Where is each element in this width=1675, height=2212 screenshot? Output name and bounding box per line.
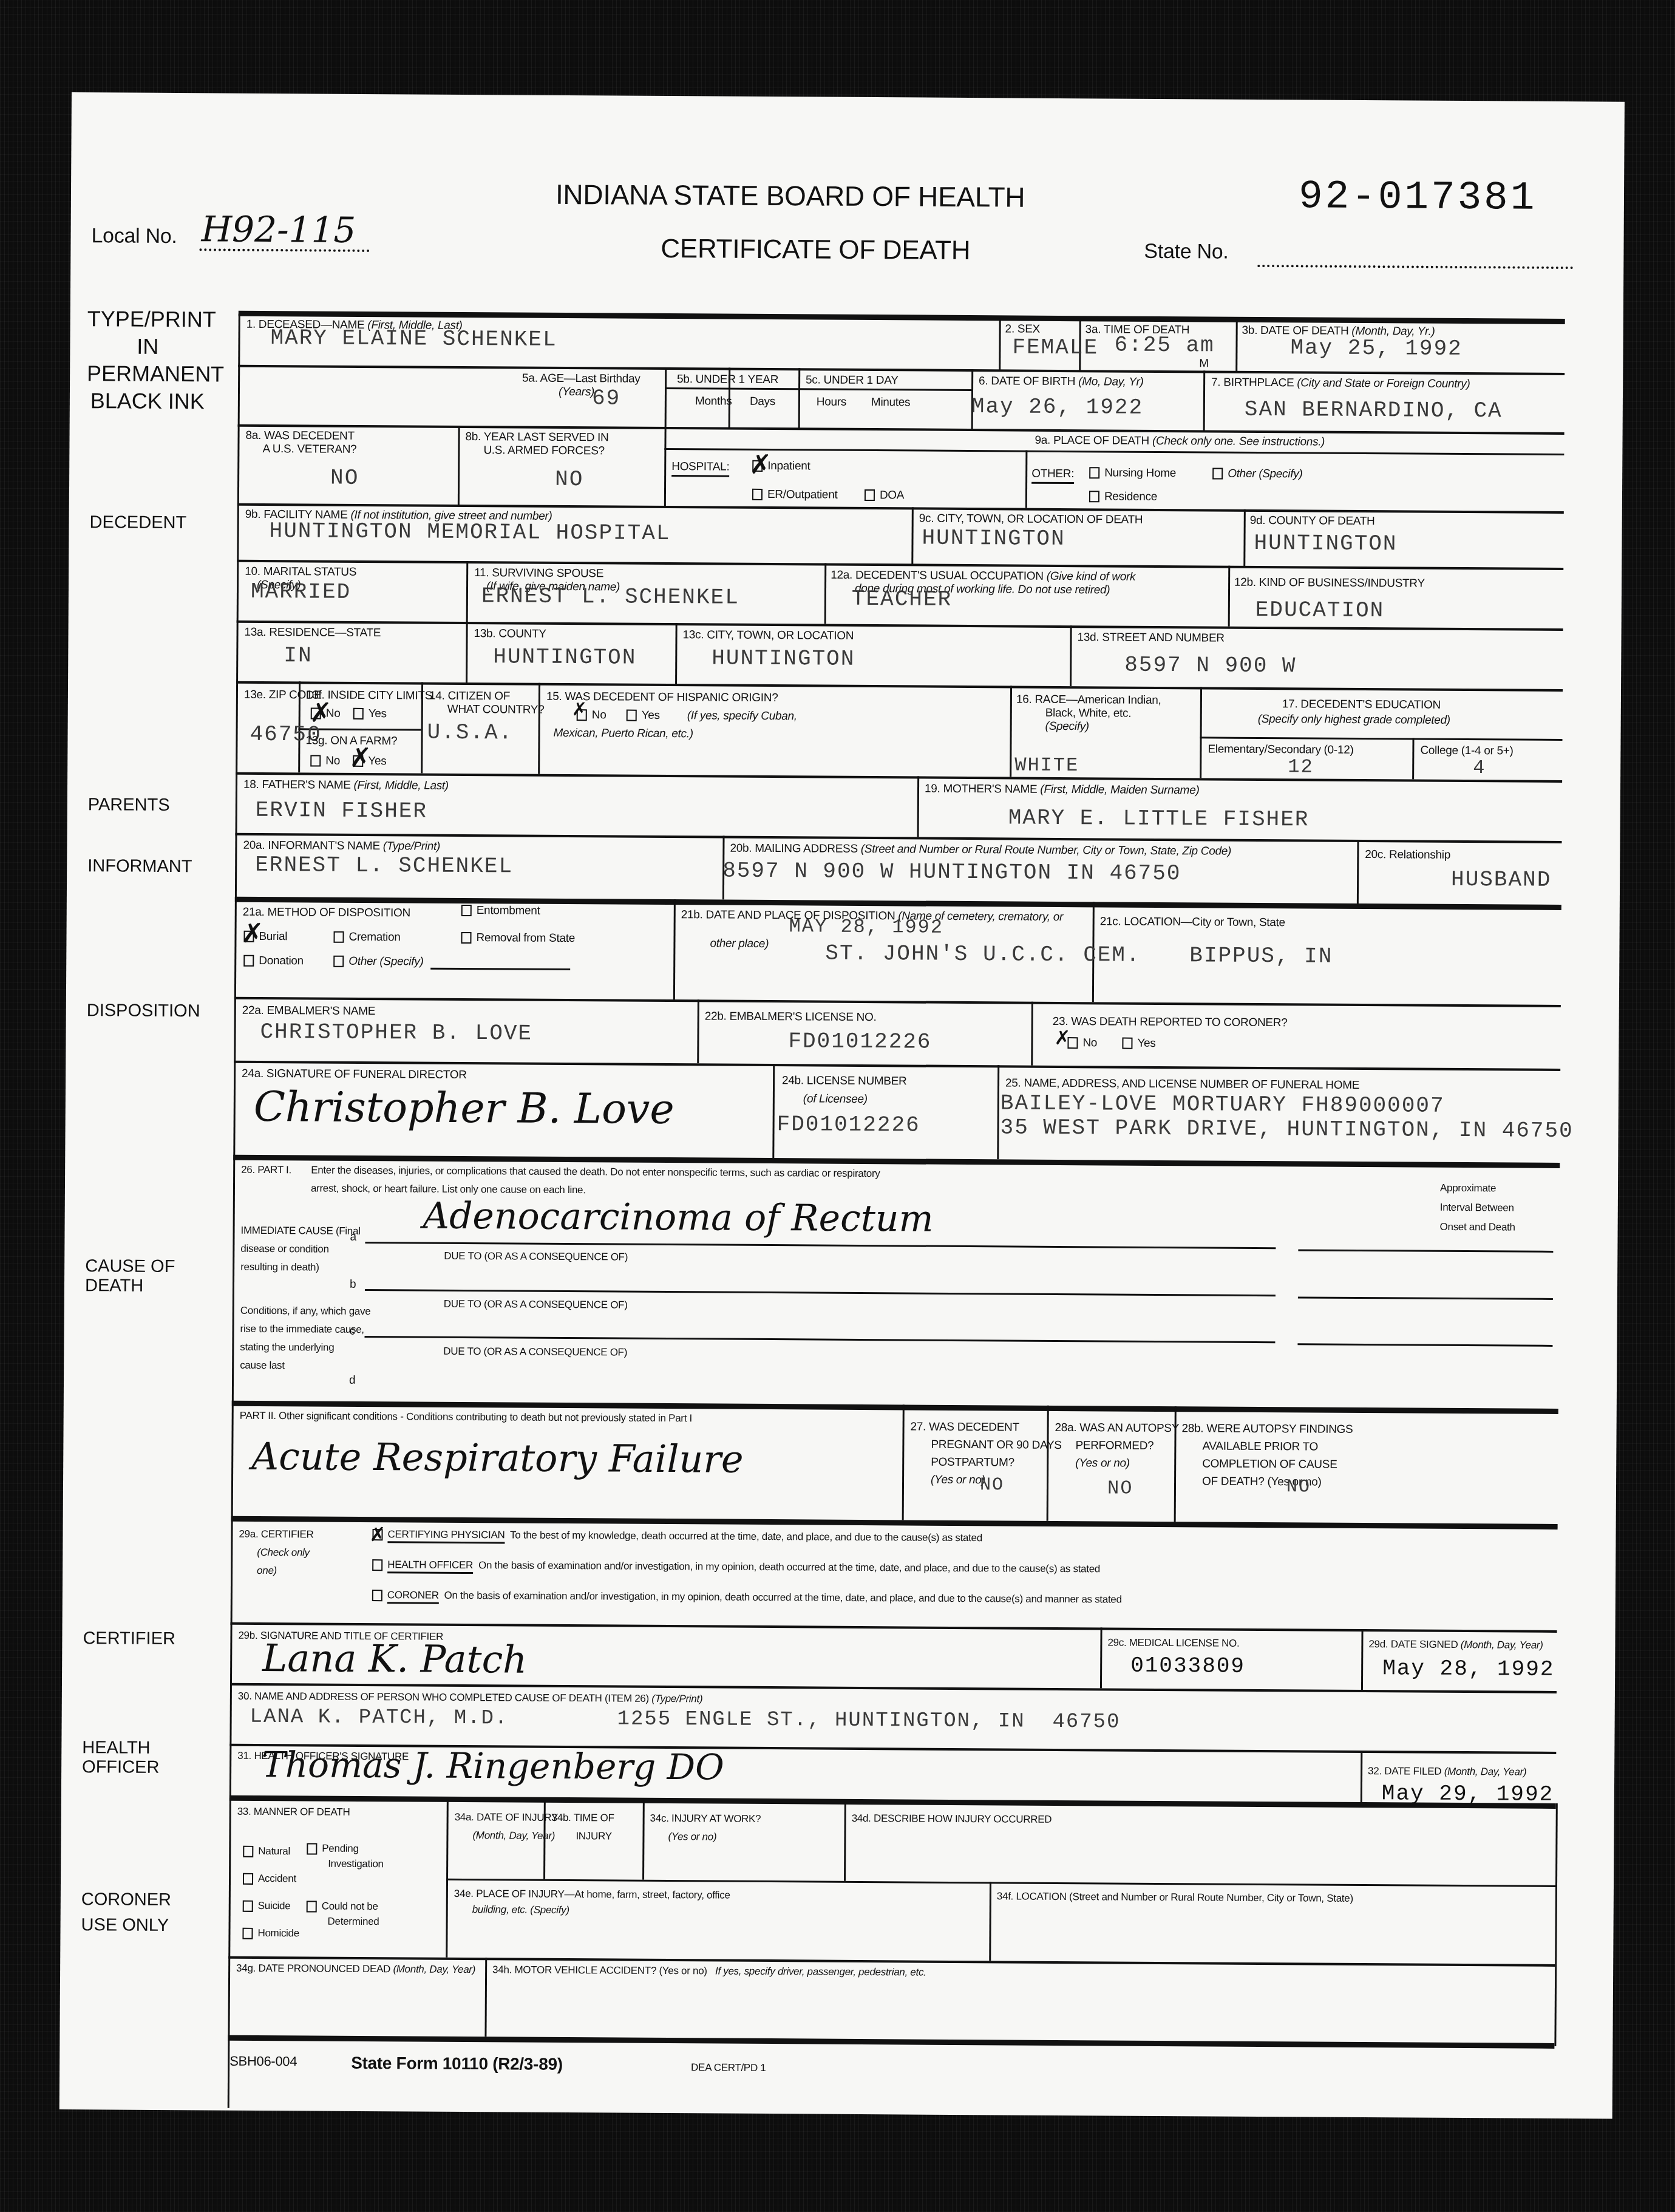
cause-line-d-letter: d xyxy=(349,1374,355,1387)
certifier-option-physician[interactable]: CERTIFYING PHYSICIAN To the best of my k… xyxy=(372,1528,982,1544)
pregnancy-value: NO xyxy=(980,1475,1004,1496)
manner-pending[interactable]: Pending xyxy=(307,1842,358,1855)
section-parents: PARENTS xyxy=(88,795,170,815)
disposition-location: BIPPUS, IN xyxy=(1189,943,1333,968)
f9a-label: 9a. PLACE OF DEATH (Check only one. See … xyxy=(1035,434,1325,449)
f3a-suffix: M xyxy=(1199,357,1209,370)
f20c-label: 20c. Relationship xyxy=(1365,848,1450,862)
f13b-label: 13b. COUNTY xyxy=(474,627,546,641)
manner-suicide[interactable]: Suicide xyxy=(243,1900,291,1912)
state-no-label: State No. xyxy=(1144,245,1228,259)
part2-label: PART II. Other significant conditions - … xyxy=(240,1410,692,1425)
facility-name: HUNTINGTON MEMORIAL HOSPITAL xyxy=(269,519,670,546)
option-donation[interactable]: Donation xyxy=(243,955,304,968)
embalmer-name: CHRISTOPHER B. LOVE xyxy=(260,1019,532,1046)
option-removal[interactable]: Removal from State xyxy=(461,931,575,945)
other-label: OTHER: xyxy=(1031,468,1074,484)
hispanic-no[interactable]: No xyxy=(577,709,606,722)
option-entombment[interactable]: Entombment xyxy=(461,904,540,918)
section-coroner: CORONERUSE ONLY xyxy=(81,1887,171,1938)
f34a-label: 34a. DATE OF INJURY(Month, Day, Year) xyxy=(454,1808,558,1845)
deceased-name: MARY ELAINE SCHENKEL xyxy=(270,325,557,352)
cause-line-c-letter: c xyxy=(349,1325,355,1338)
f18-label: 18. FATHER'S NAME (First, Middle, Last) xyxy=(243,778,449,793)
immediate-cause-label: IMMEDIATE CAUSE (Finaldisease or conditi… xyxy=(240,1222,361,1277)
date-of-death: May 25, 1992 xyxy=(1290,335,1462,361)
ink-instructions: TYPE/PRINTINPERMANENTBLACK INK xyxy=(87,305,209,415)
business-industry: EDUCATION xyxy=(1255,597,1385,623)
f13c-label: 13c. CITY, TOWN, OR LOCATION xyxy=(682,628,854,643)
cause-line-a[interactable] xyxy=(365,1242,1276,1249)
section-health-officer: HEALTHOFFICER xyxy=(82,1738,160,1777)
interval-line-c[interactable] xyxy=(1297,1343,1552,1347)
f5b-months: Months xyxy=(695,395,732,408)
f24b-hint: (of Licensee) xyxy=(803,1092,868,1106)
f26-label: 26. PART I. xyxy=(241,1164,291,1177)
f21a-label: 21a. METHOD OF DISPOSITION xyxy=(243,906,410,921)
education-elementary-label: Elementary/Secondary (0-12) xyxy=(1208,743,1353,757)
f8a-label: 8a. WAS DECEDENTA U.S. VETERAN? xyxy=(245,429,356,457)
date-filed: May 29, 1992 xyxy=(1382,1781,1554,1807)
cause-line-a-value: Adenocarcinoma of Rectum xyxy=(423,1195,933,1240)
f5a-hint: (Years) xyxy=(559,386,594,399)
f22b-label: 22b. EMBALMER'S LICENSE NO. xyxy=(705,1010,877,1024)
local-no-label: Local No. xyxy=(91,229,177,243)
county-of-death: HUNTINGTON xyxy=(1254,531,1397,556)
due-to-1: DUE TO (OR AS A CONSEQUENCE OF) xyxy=(444,1250,628,1264)
f26-instructions-1: Enter the diseases, injuries, or complic… xyxy=(311,1164,880,1180)
funeral-home-line2: 35 WEST PARK DRIVE, HUNTINGTON, IN 46750 xyxy=(1000,1115,1573,1143)
f34b-label: 34b. TIME OFINJURY xyxy=(551,1809,614,1846)
option-other-disposition[interactable]: Other (Specify) xyxy=(333,955,423,969)
f20b-label: 20b. MAILING ADDRESS (Street and Number … xyxy=(730,842,1231,859)
interval-line-b[interactable] xyxy=(1298,1296,1553,1300)
farm-no[interactable]: No xyxy=(310,754,340,767)
f22a-label: 22a. EMBALMER'S NAME xyxy=(242,1004,376,1018)
f2-label: 2. SEX xyxy=(1005,322,1040,336)
informant-name: ERNEST L. SCHENKEL xyxy=(255,852,513,879)
disposition-date: MAY 28, 1992 xyxy=(789,915,944,939)
footer-form: State Form 10110 (R2/3-89) xyxy=(351,2057,563,2071)
section-cause-of-death: CAUSE OFDEATH xyxy=(85,1256,175,1296)
disposition-place: ST. JOHN'S U.C.C. CEM. xyxy=(825,941,1141,968)
city-of-death: HUNTINGTON xyxy=(922,526,1065,551)
interval-line-a[interactable] xyxy=(1298,1249,1553,1253)
f24a-label: 24a. SIGNATURE OF FUNERAL DIRECTOR xyxy=(242,1067,467,1082)
local-no-value: H92-115 xyxy=(201,208,356,251)
option-doa[interactable]: DOA xyxy=(865,489,904,502)
f13d-label: 13d. STREET AND NUMBER xyxy=(1077,631,1224,645)
f34h-label: 34h. MOTOR VEHICLE ACCIDENT? (Yes or no)… xyxy=(492,1964,926,1978)
hispanic-hint2: Mexican, Puerto Rican, etc.) xyxy=(553,727,693,741)
death-certificate: Local No. H92-115 INDIANA STATE BOARD OF… xyxy=(59,92,1625,2119)
health-officer-signature: Thomas J. Ringenberg DO xyxy=(262,1744,724,1788)
education-college: 4 xyxy=(1473,757,1486,779)
autopsy-findings-value: NO xyxy=(1286,1477,1311,1497)
f21c-label: 21c. LOCATION—City or Town, State xyxy=(1100,915,1285,930)
agency-title: INDIANA STATE BOARD OF HEALTH xyxy=(556,179,1025,213)
f9c-label: 9c. CITY, TOWN, OR LOCATION OF DEATH xyxy=(919,512,1143,527)
footer-code: SBH06-004 xyxy=(229,2055,297,2069)
f33-label: 33. MANNER OF DEATH xyxy=(237,1806,350,1819)
f34c-label: 34c. INJURY AT WORK?(Yes or no) xyxy=(650,1809,761,1846)
manner-homicide[interactable]: Homicide xyxy=(242,1927,299,1940)
f24b-label: 24b. LICENSE NUMBER xyxy=(782,1074,907,1088)
f5a-label: 5a. AGE—Last Birthday xyxy=(522,372,640,386)
f25-label: 25. NAME, ADDRESS, AND LICENSE NUMBER OF… xyxy=(1005,1077,1359,1092)
informant-address: 8597 N 900 W HUNTINGTON IN 46750 xyxy=(722,859,1181,887)
f28b-label: 28b. WERE AUTOPSY FINDINGSAVAILABLE PRIO… xyxy=(1181,1420,1353,1491)
veteran-value: NO xyxy=(330,466,359,491)
f21b-hint2: other place) xyxy=(710,937,769,951)
cause-line-b-letter: b xyxy=(350,1278,356,1291)
f6-label: 6. DATE OF BIRTH (Mo, Day, Yr) xyxy=(979,375,1144,389)
certificate-title: CERTIFICATE OF DEATH xyxy=(661,234,970,265)
f5c-label: 5c. UNDER 1 DAY xyxy=(806,373,899,387)
cause-line-b[interactable] xyxy=(365,1289,1276,1296)
f14-label: 14. CITIZEN OFWHAT COUNTRY? xyxy=(429,690,545,717)
option-inpatient[interactable]: Inpatient xyxy=(752,460,810,474)
option-burial[interactable]: Burial xyxy=(243,930,287,944)
state-no-stamp: 92-017381 xyxy=(1299,174,1537,220)
city-limits-no[interactable]: No xyxy=(311,707,341,720)
father-name: ERVIN FISHER xyxy=(256,798,427,824)
certifier-option-coroner[interactable]: CORONER On the basis of examination and/… xyxy=(372,1589,1122,1606)
f29d-label: 29d. DATE SIGNED (Month, Day, Year) xyxy=(1368,1638,1543,1652)
sex-value: FEMALE xyxy=(1012,335,1098,360)
city-limits-yes[interactable]: Yes xyxy=(353,707,387,721)
f20a-label: 20a. INFORMANT'S NAME (Type/Print) xyxy=(243,839,440,854)
citizenship: U.S.A. xyxy=(427,720,513,746)
date-signed: May 28, 1992 xyxy=(1382,1656,1554,1682)
birthplace: SAN BERNARDINO, CA xyxy=(1245,397,1503,424)
f17-hint: (Specify only highest grade completed) xyxy=(1258,713,1450,727)
f5b-days: Days xyxy=(750,395,775,409)
coroner-report-yes[interactable]: Yes xyxy=(1122,1037,1155,1050)
form-left-border xyxy=(228,314,240,2108)
f19-label: 19. MOTHER'S NAME (First, Middle, Maiden… xyxy=(925,783,1200,798)
hispanic-hint1: (If yes, specify Cuban, xyxy=(687,709,797,723)
armed-forces-value: NO xyxy=(555,467,583,492)
due-to-3: DUE TO (OR AS A CONSEQUENCE OF) xyxy=(443,1346,627,1359)
hospital-label: HOSPITAL: xyxy=(671,460,729,477)
f29c-label: 29c. MEDICAL LICENSE NO. xyxy=(1107,1636,1239,1649)
f12b-label: 12b. KIND OF BUSINESS/INDUSTRY xyxy=(1234,576,1425,591)
relationship: HUSBAND xyxy=(1451,867,1551,893)
completer-name-address: LANA K. PATCH, M.D. 1255 ENGLE ST., HUNT… xyxy=(250,1706,1121,1734)
medical-license: 01033809 xyxy=(1130,1653,1245,1679)
cause-line-a-letter: a xyxy=(350,1231,356,1244)
manner-pending-2: Investigation xyxy=(328,1858,384,1871)
residence-state: IN xyxy=(284,643,312,668)
state-no-line xyxy=(1257,265,1573,269)
f26-instructions-2: arrest, shock, or heart failure. List on… xyxy=(311,1182,586,1196)
option-residence[interactable]: Residence xyxy=(1089,490,1157,504)
occupation: TEACHER xyxy=(852,587,952,612)
education-elementary: 12 xyxy=(1288,755,1314,778)
education-college-label: College (1-4 or 5+) xyxy=(1420,744,1513,758)
residence-street: 8597 N 900 W xyxy=(1124,653,1296,679)
f29a-label: 29a. CERTIFIER(Check onlyone) xyxy=(239,1525,314,1581)
option-other[interactable]: Other (Specify) xyxy=(1212,467,1302,481)
due-to-2: DUE TO (OR AS A CONSEQUENCE OF) xyxy=(444,1298,628,1312)
autopsy-value: NO xyxy=(1107,1477,1133,1499)
section-informant: INFORMANT xyxy=(87,856,192,877)
f5c-minutes: Minutes xyxy=(871,396,911,409)
f34e-label: 34e. PLACE OF INJURY—At home, farm, stre… xyxy=(454,1886,730,1919)
f17-label: 17. DECEDENT'S EDUCATION xyxy=(1282,698,1441,712)
certifier-option-health-officer[interactable]: HEALTH OFFICER On the basis of examinati… xyxy=(372,1559,1100,1575)
funeral-home-line1: BAILEY-LOVE MORTUARY FH89000007 xyxy=(1001,1091,1445,1118)
f28a-label: 28a. WAS AN AUTOPSYPERFORMED?(Yes or no) xyxy=(1055,1419,1179,1472)
interval-label: ApproximateInterval BetweenOnset and Dea… xyxy=(1440,1179,1516,1237)
section-certifier: CERTIFIER xyxy=(83,1628,175,1649)
f7-label: 7. BIRTHPLACE (City and State or Foreign… xyxy=(1211,376,1470,391)
section-decedent: DECEDENT xyxy=(90,512,187,533)
f16-label: 16. RACE—American Indian,Black, White, e… xyxy=(1016,693,1161,734)
f8b-label: 8b. YEAR LAST SERVED INU.S. ARMED FORCES… xyxy=(465,430,608,458)
f5b-label: 5b. UNDER 1 YEAR xyxy=(677,373,778,387)
mother-name: MARY E. LITTLE FISHER xyxy=(1008,805,1310,832)
surviving-spouse: ERNEST L. SCHENKEL xyxy=(481,584,739,610)
f9d-label: 9d. COUNTY OF DEATH xyxy=(1250,514,1375,528)
certifier-signature: Lana K. Patch xyxy=(262,1636,527,1682)
f5c-hours: Hours xyxy=(817,396,846,409)
manner-undetermined-2: Determined xyxy=(328,1916,379,1928)
footer-ref: DEA CERT/PD 1 xyxy=(691,2061,766,2075)
form-right-border-bottom xyxy=(1554,1803,1557,2046)
option-cremation[interactable]: Cremation xyxy=(333,931,400,945)
manner-natural[interactable]: Natural xyxy=(243,1845,290,1857)
embalmer-license: FD01012226 xyxy=(788,1029,931,1054)
f32-label: 32. DATE FILED (Month, Day, Year) xyxy=(1368,1765,1526,1778)
manner-accident[interactable]: Accident xyxy=(243,1873,296,1885)
marital-status: MARRIED xyxy=(251,579,351,605)
option-er-outpatient[interactable]: ER/Outpatient xyxy=(752,488,838,502)
funeral-director-license: FD01012226 xyxy=(777,1112,920,1137)
race: WHITE xyxy=(1014,754,1079,777)
manner-undetermined[interactable]: Could not be xyxy=(307,1900,378,1913)
f34f-label: 34f. LOCATION (Street and Number or Rura… xyxy=(997,1890,1353,1905)
f34g-label: 34g. DATE PRONOUNCED DEAD (Month, Day, Y… xyxy=(236,1962,475,1976)
local-no-line xyxy=(199,248,369,252)
section-disposition: DISPOSITION xyxy=(87,1001,200,1021)
time-of-death: 6:25 am xyxy=(1114,332,1214,358)
date-of-birth: May 26, 1922 xyxy=(971,394,1143,420)
f23-label: 23. WAS DEATH REPORTED TO CORONER? xyxy=(1053,1015,1288,1030)
cause-line-c[interactable] xyxy=(364,1336,1275,1343)
underlying-conditions-label: Conditions, if any, which gaverise to th… xyxy=(240,1302,370,1375)
farm-yes[interactable]: Yes xyxy=(353,755,386,768)
residence-county: HUNTINGTON xyxy=(493,644,636,670)
f30-label: 30. NAME AND ADDRESS OF PERSON WHO COMPL… xyxy=(238,1690,703,1706)
residence-city: HUNTINGTON xyxy=(712,645,855,671)
option-nursing-home[interactable]: Nursing Home xyxy=(1089,466,1176,480)
other-significant-conditions: Acute Respiratory Failure xyxy=(251,1434,744,1482)
f34d-label: 34d. DESCRIBE HOW INJURY OCCURRED xyxy=(852,1812,1052,1826)
f13a-label: 13a. RESIDENCE—STATE xyxy=(245,626,381,640)
hispanic-yes[interactable]: Yes xyxy=(627,709,660,723)
coroner-report-no[interactable]: No xyxy=(1067,1036,1097,1050)
funeral-director-signature: Christopher B. Love xyxy=(254,1083,674,1134)
age-years: 69 xyxy=(592,386,620,410)
